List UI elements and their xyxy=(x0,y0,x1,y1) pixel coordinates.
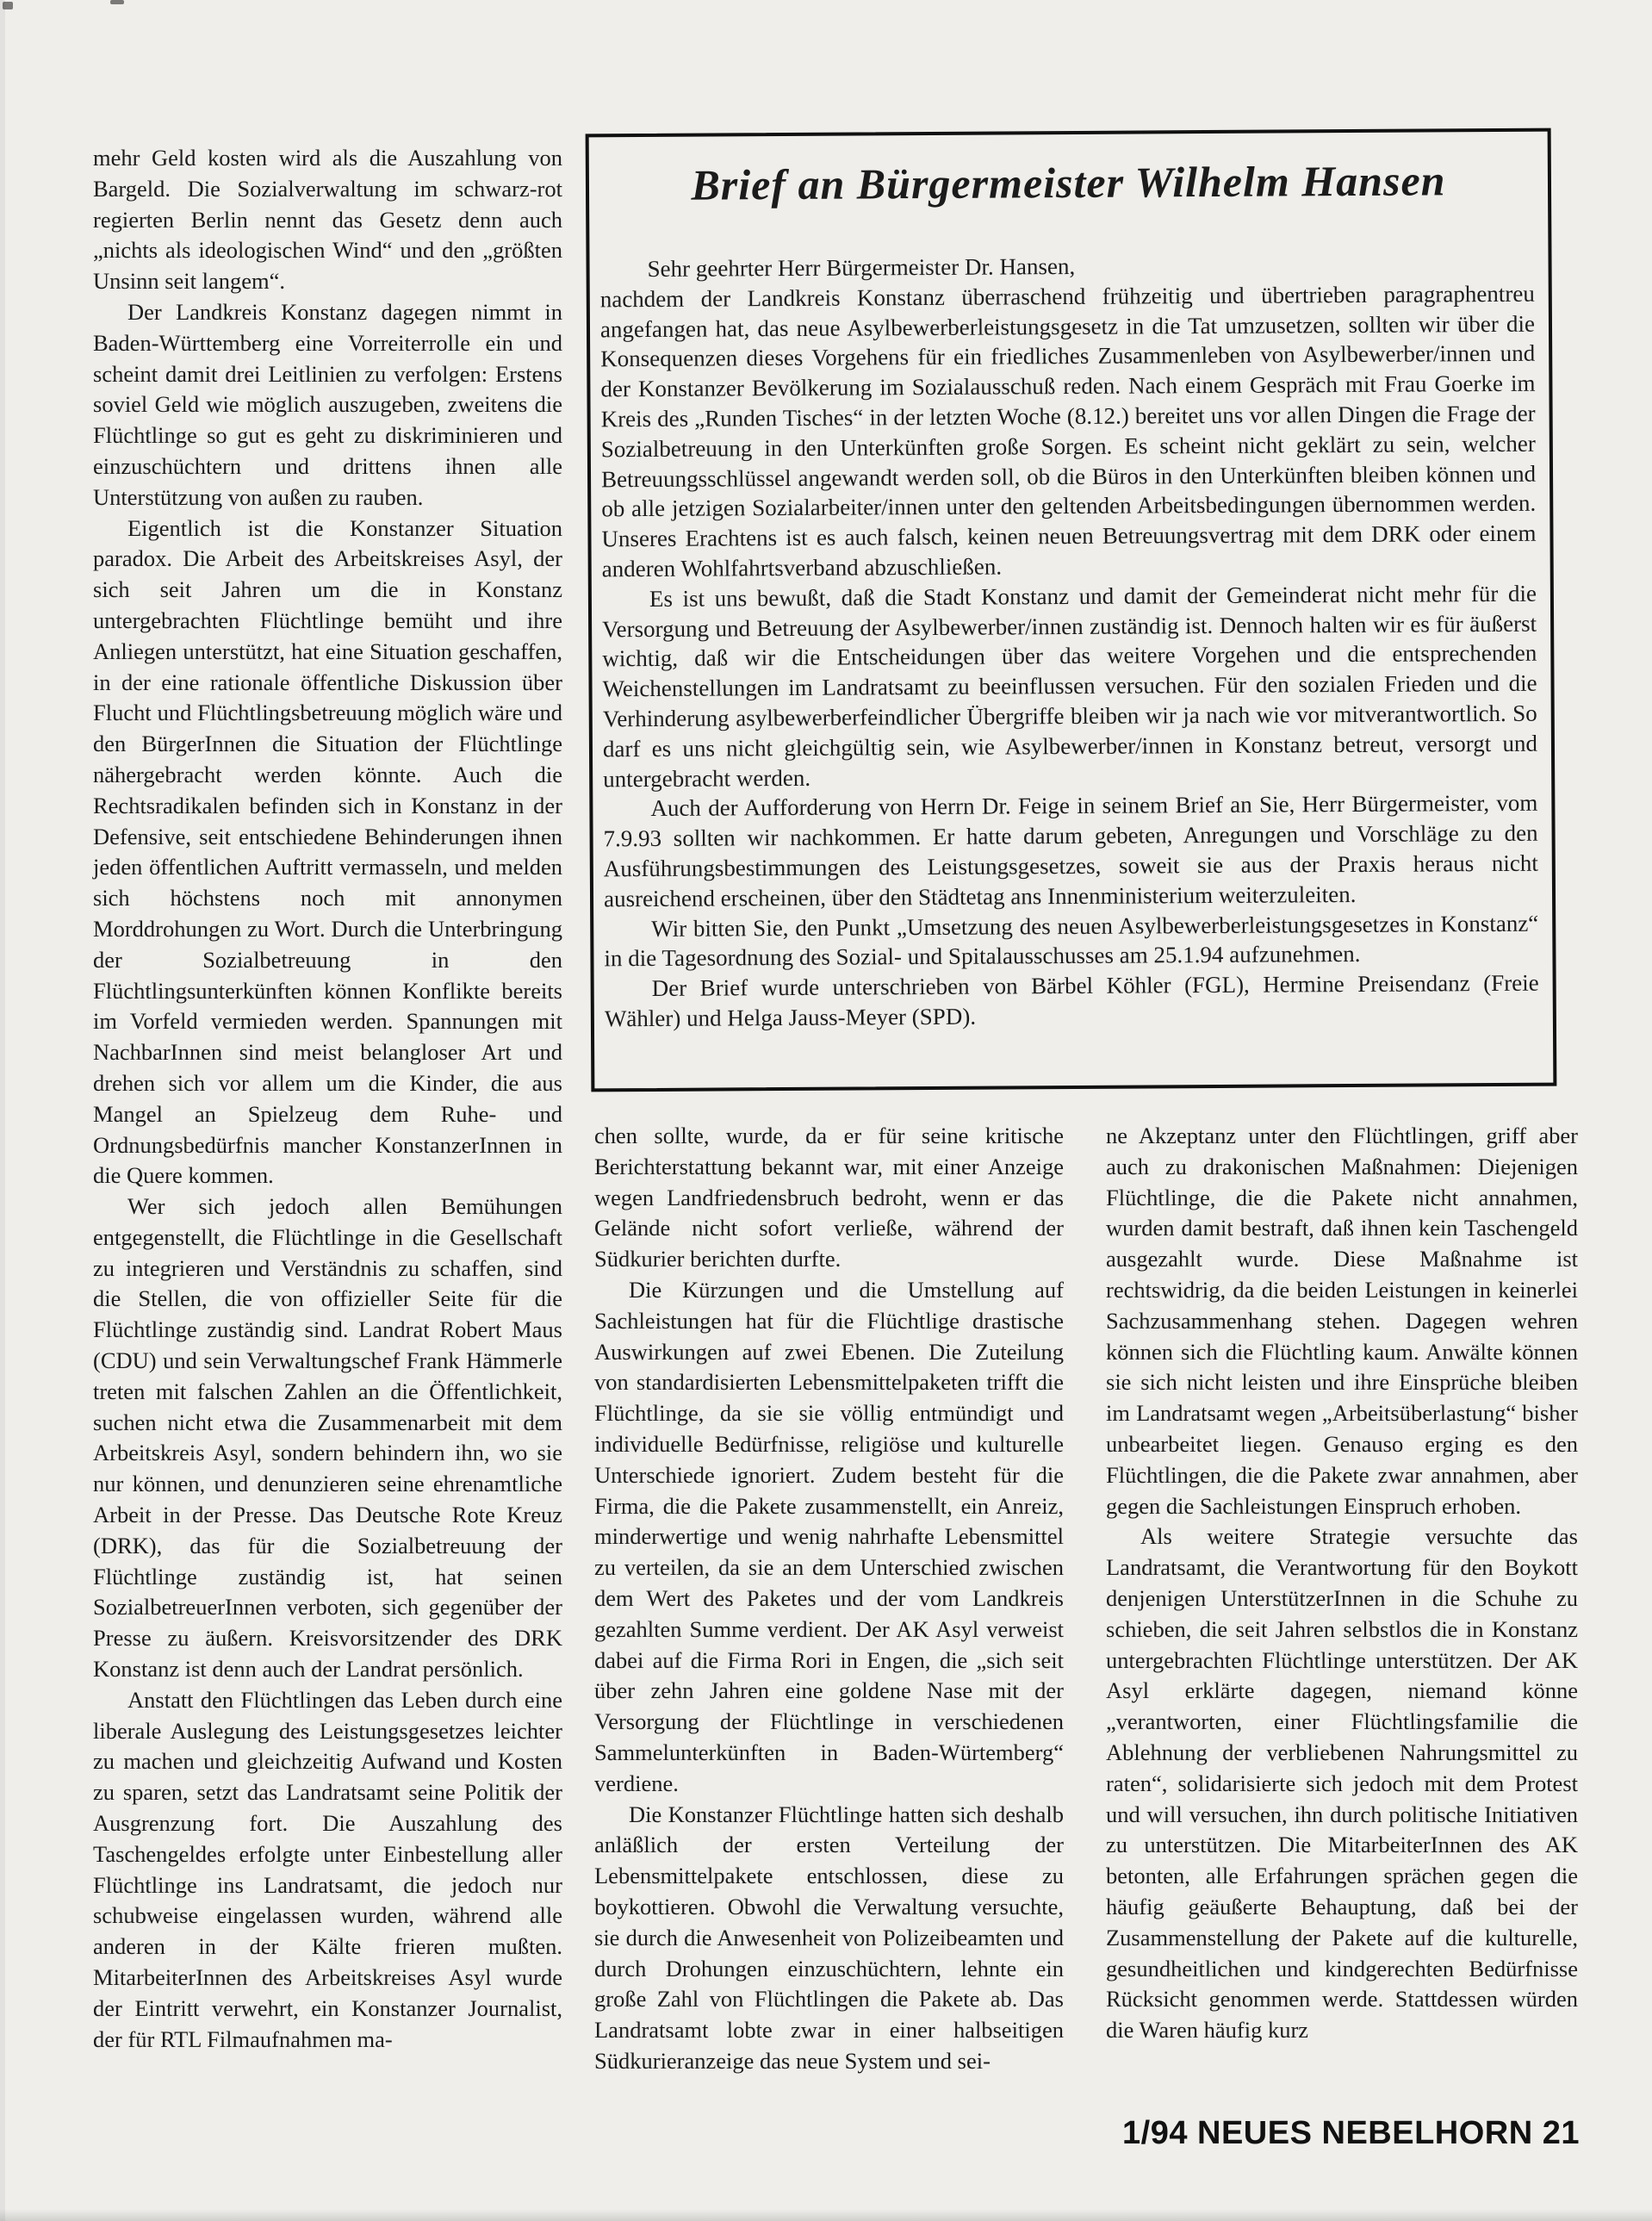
page: mehr Geld kosten wird als die Auszahlung… xyxy=(0,0,1652,2221)
paragraph: Wir bitten Sie, den Punkt „Umsetzung des… xyxy=(604,908,1538,974)
paragraph: Wer sich jedoch allen Bemühungen entgege… xyxy=(93,1191,562,1685)
paragraph: Es ist uns bewußt, daß die Stadt Konstan… xyxy=(602,578,1537,793)
paragraph: Eigentlich ist die Konstanzer Situation … xyxy=(93,513,562,1192)
scan-edge-shadow-left xyxy=(0,0,5,2221)
paragraph: mehr Geld kosten wird als die Auszahlung… xyxy=(93,143,562,297)
paragraph: ne Akzeptanz unter den Flüchtlingen, gri… xyxy=(1106,1121,1578,1521)
paragraph: Anstatt den Flüchtlingen das Leben durch… xyxy=(93,1685,562,2056)
scan-speck xyxy=(110,0,124,4)
paragraph: chen sollte, wurde, da er für seine krit… xyxy=(594,1121,1064,1275)
letter-box-title: Brief an Bürgermeister Wilhelm Hansen xyxy=(598,154,1539,212)
paragraph: Der Landkreis Konstanz dagegen nimmt in … xyxy=(93,297,562,513)
scan-edge-shadow-bottom xyxy=(0,2209,1652,2221)
paragraph: Der Brief wurde unterschrieben von Bärbe… xyxy=(605,968,1539,1034)
paragraph: Auch der Aufforderung von Herrn Dr. Feig… xyxy=(603,788,1538,914)
paragraph: Die Konstanzer Flüchtlinge hatten sich d… xyxy=(594,1800,1064,2077)
letter-box-body: Sehr geehrter Herr Bürgermeister Dr. Han… xyxy=(599,249,1539,1034)
middle-column: chen sollte, wurde, da er für seine krit… xyxy=(594,1121,1064,2077)
right-column: ne Akzeptanz unter den Flüchtlingen, gri… xyxy=(1106,1121,1578,2046)
paragraph: Die Kürzungen und die Umstellung auf Sac… xyxy=(594,1275,1064,1800)
paragraph: Als weitere Strategie versuchte das Land… xyxy=(1106,1521,1578,2046)
left-column: mehr Geld kosten wird als die Auszahlung… xyxy=(93,143,562,2055)
letter-box: Brief an Bürgermeister Wilhelm Hansen Se… xyxy=(586,128,1557,1092)
page-footer: 1/94 NEUES NEBELHORN 21 xyxy=(1122,2115,1580,2152)
paragraph: nachdem der Landkreis Konstanz überrasch… xyxy=(600,279,1537,585)
